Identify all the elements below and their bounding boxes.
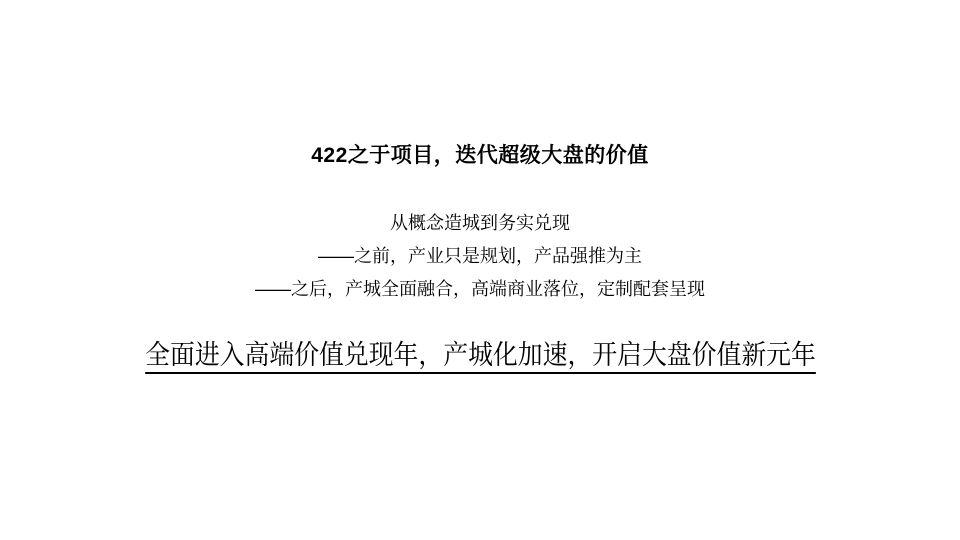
headline-row: 全面进入高端价值兑现年，产城化加速，开启大盘价值新元年 (0, 338, 960, 374)
underlined-headline: 全面进入高端价值兑现年，产城化加速，开启大盘价值新元年 (145, 338, 816, 374)
slide-canvas: 422之于项目，迭代超级大盘的价值 从概念造城到务实兑现 ——之前，产业只是规划… (0, 0, 960, 540)
slide-title: 422之于项目，迭代超级大盘的价值 (0, 142, 960, 170)
body-line-1: 从概念造城到务实兑现 (0, 207, 960, 240)
slide-body-paragraph: 从概念造城到务实兑现 ——之前，产业只是规划，产品强推为主 ——之后，产城全面融… (0, 207, 960, 306)
body-line-2: ——之前，产业只是规划，产品强推为主 (0, 240, 960, 273)
body-line-3: ——之后，产城全面融合，高端商业落位，定制配套呈现 (0, 273, 960, 306)
